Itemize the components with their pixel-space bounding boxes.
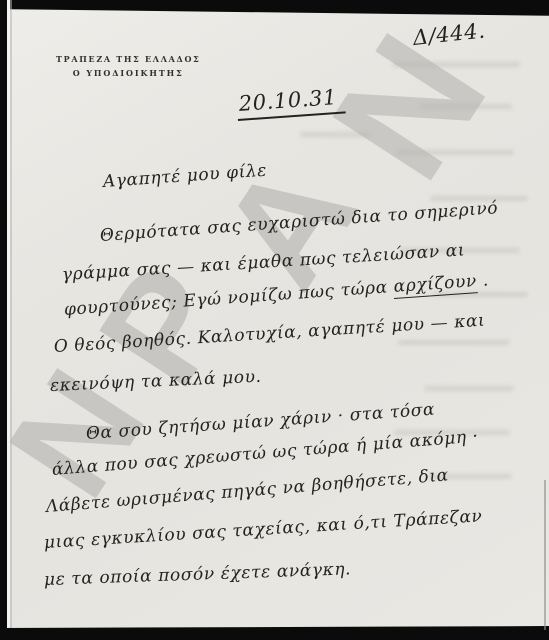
body-line-3-end: . bbox=[476, 270, 489, 291]
scanned-letter-page: Ν Ρ Α Ν ΤΡΑΠΕΖΑ ΤΗΣ ΕΛΛΑΔΟΣ Ο ΥΠΟΔΙΟΙΚΗΤ… bbox=[0, 0, 549, 640]
bank-letterhead: ΤΡΑΠΕΖΑ ΤΗΣ ΕΛΛΑΔΟΣ Ο ΥΠΟΔΙΟΙΚΗΤΗΣ bbox=[56, 54, 200, 78]
scan-border-left bbox=[0, 0, 7, 640]
bleed-through-mark bbox=[424, 386, 514, 391]
reference-number: Δ/444. bbox=[412, 18, 487, 49]
scan-border-top bbox=[0, 0, 549, 16]
bleed-through-mark bbox=[300, 132, 370, 137]
bleed-through-mark bbox=[396, 150, 514, 155]
bleed-through-mark bbox=[420, 104, 512, 109]
bleed-through-mark bbox=[392, 62, 520, 67]
body-line-10: με τα οποία ποσόν έχετε ανάγκη. bbox=[44, 559, 352, 590]
scan-right-edge-line bbox=[544, 480, 546, 630]
bleed-through-mark bbox=[398, 340, 510, 345]
scan-border-bottom bbox=[0, 626, 549, 640]
scan-paper-edge-line bbox=[10, 0, 12, 640]
officer-title: Ο ΥΠΟΔΙΟΙΚΗΤΗΣ bbox=[56, 68, 200, 78]
bank-name: ΤΡΑΠΕΖΑ ΤΗΣ ΕΛΛΑΔΟΣ bbox=[56, 54, 200, 64]
